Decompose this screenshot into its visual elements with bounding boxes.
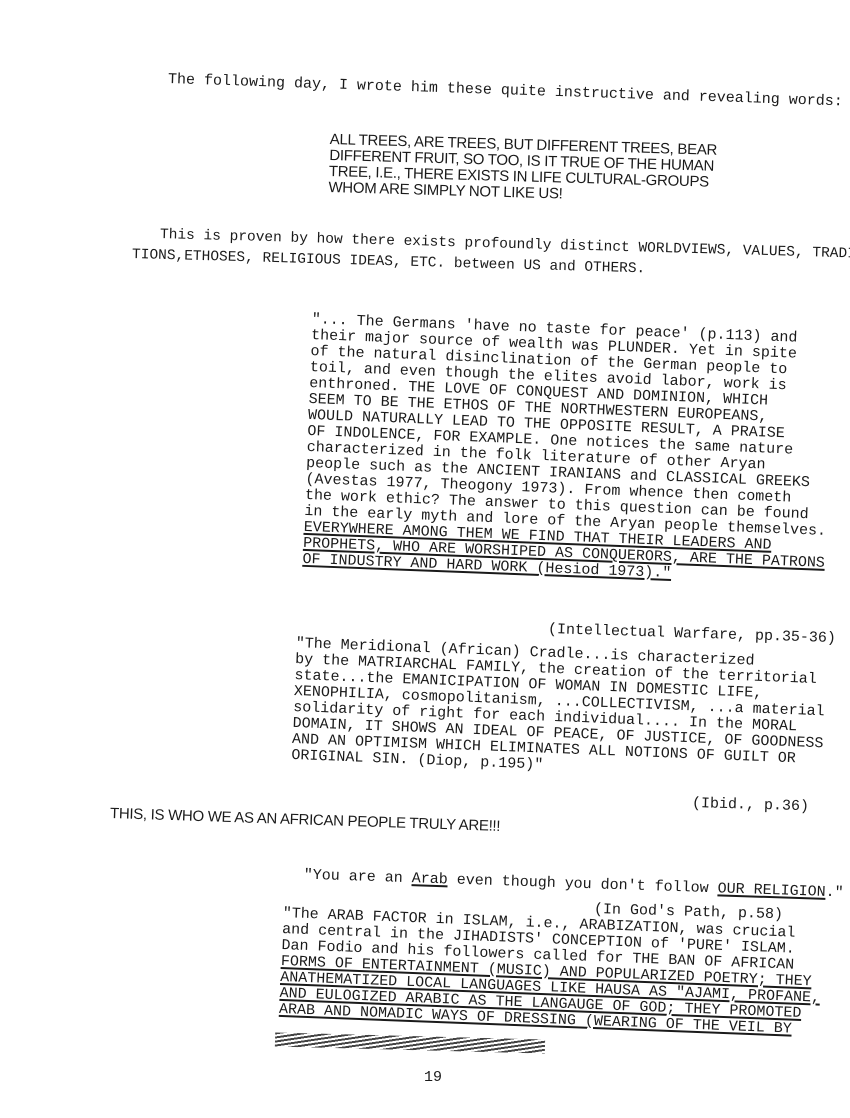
trees-block: ALL TREES, ARE TREES, BUT DIFFERENT TREE… — [328, 132, 717, 207]
our-religion: OUR RELIGION — [717, 880, 826, 901]
quote-meridional: "The Meridional (African) Cradle...is ch… — [291, 636, 827, 784]
arab-quote-open: "You are an — [303, 867, 412, 888]
quote-germans: "... The Germans 'have no taste for peac… — [302, 312, 834, 588]
declaration: THIS, IS WHO WE AS AN AFRICAN PEOPLE TRU… — [110, 806, 501, 834]
citation-ibid: (Ibid., p.36) — [692, 796, 809, 814]
arab-quote-close: ." — [825, 884, 844, 902]
ink-scribble — [275, 1032, 545, 1053]
arab-quote-middle: even though you don't follow — [447, 871, 717, 897]
page-number: 19 — [424, 1070, 442, 1085]
arab-word: Arab — [411, 870, 448, 888]
intro-line: The following day, I wrote him these qui… — [168, 72, 843, 109]
citation-intellectual-warfare: (Intellectual Warfare, pp.35-36) — [548, 622, 836, 646]
quote-arab-factor: "The ARAB FACTOR in ISLAM, i.e., ARABIZA… — [279, 906, 823, 1039]
arab-quote: "You are an Arab even though you don't f… — [286, 852, 845, 900]
